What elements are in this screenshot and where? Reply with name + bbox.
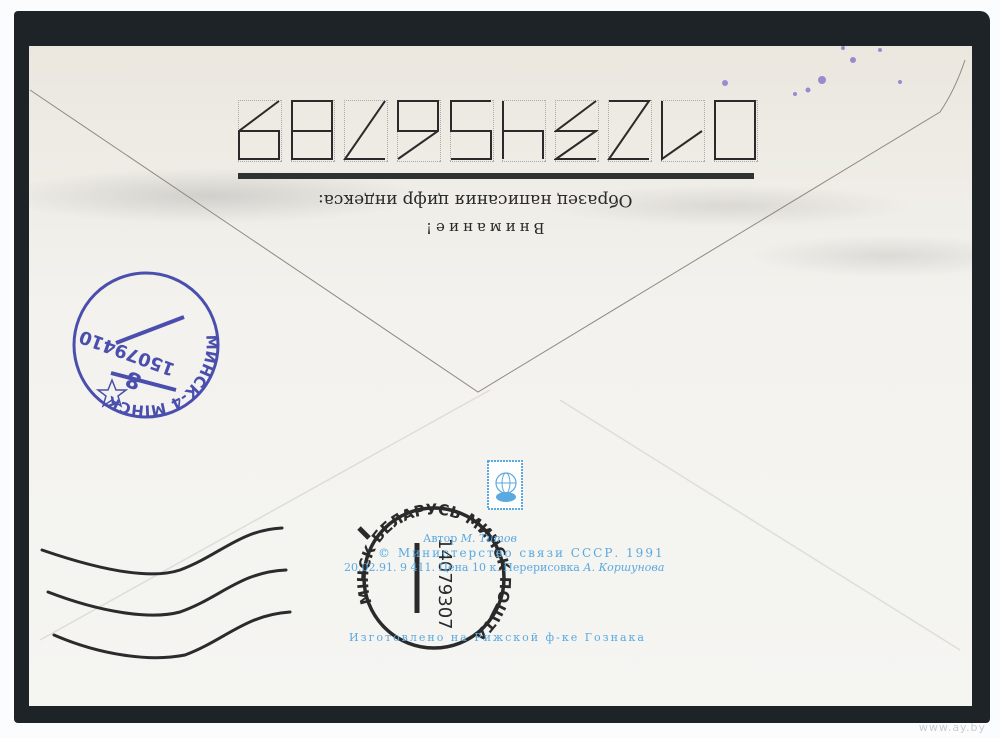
imprint-ministry: © Министерство связи СССР. 1991 — [378, 546, 665, 560]
imprint-author: Автор М. Титов — [423, 532, 517, 545]
violet-ink-specks — [722, 46, 902, 96]
postmark-minsk-belarus: 14079307 МІНСК БЕЛАРУСЬ МИНСК ПОШТА — [354, 500, 514, 648]
index-caption: Образец написания цифр индекса: — [318, 190, 632, 210]
index-digit — [555, 100, 599, 162]
printed-stamp-icon — [488, 461, 522, 509]
index-underline — [238, 173, 754, 179]
index-digit — [503, 100, 547, 162]
postmark-minsk-4: 15079410 8 МИНСК-4 МІНСК — [74, 273, 221, 420]
attention-label: Внимание! — [422, 219, 545, 237]
index-digit — [714, 100, 758, 162]
wavy-cancellation-lines — [42, 528, 290, 658]
svg-text:15079410: 15079410 — [77, 326, 178, 380]
index-digit — [291, 100, 335, 162]
index-digit — [661, 100, 705, 162]
index-digit — [608, 100, 652, 162]
index-digit — [238, 100, 282, 162]
watermark: www.ay.by — [919, 721, 986, 734]
imprint-author-name: М. Титов — [461, 532, 517, 545]
imprint-print-prefix: 20.02.91. 9 411. Цена 10 к. Перерисовка — [344, 561, 580, 574]
imprint-artist: А. Коршунова — [583, 561, 664, 574]
index-sample-digits — [238, 92, 758, 162]
index-digit — [344, 100, 388, 162]
imprint-author-label: Автор — [423, 532, 457, 545]
index-digit — [397, 100, 441, 162]
index-digit — [450, 100, 494, 162]
bottom-fold-line — [560, 400, 960, 650]
imprint-maker: Изготовлено на Рижской ф-ке Гознака — [349, 631, 646, 644]
imprint-print-line: 20.02.91. 9 411. Цена 10 к. Перерисовка … — [344, 561, 664, 574]
